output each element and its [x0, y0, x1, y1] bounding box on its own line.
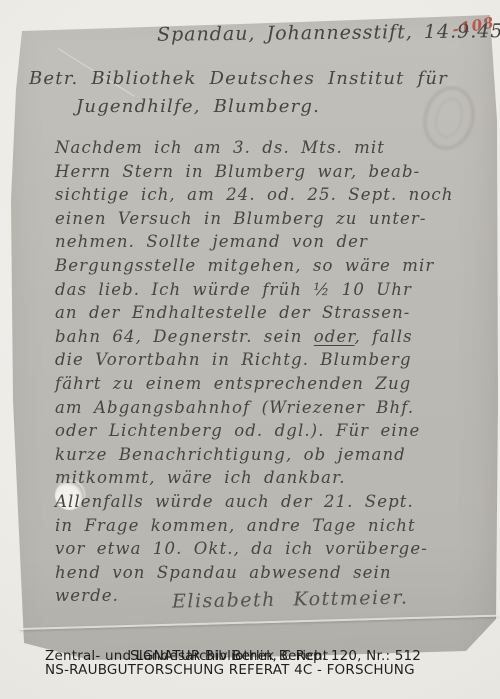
letter-body-line: bahn 64, Degnerstr. sein oder, falls [55, 325, 487, 349]
letter-subject-line2: Jugendhilfe, Blumberg. [76, 96, 456, 117]
letter-body-line: fährt zu einem entsprechenden Zug [55, 372, 487, 396]
underlined-word: oder [314, 327, 355, 346]
letter-body-line: Herrn Stern in Blumberg war, beab- [55, 160, 487, 184]
letter-body-line: mitkommt, wäre ich dankbar. [55, 466, 487, 490]
letter-dateline: Spandau, Johannesstift, 14.9.45 [157, 20, 492, 46]
letter-body-line: nehmen. Sollte jemand von der [55, 230, 487, 254]
department-line: NS-RAUBGUTFORSCHUNG REFERAT 4C - FORSCHU… [45, 662, 415, 678]
letter-body-line: das lieb. Ich würde früh ½ 10 Uhr [55, 278, 487, 302]
text-part: , falls [355, 327, 413, 346]
letter-body-line: am Abgangsbahnhof (Wriezener Bhf. [55, 396, 487, 420]
letter-body-line: an der Endhaltestelle der Strassen- [55, 301, 487, 325]
letter-body-line: sichtige ich, am 24. od. 25. Sept. noch [55, 183, 487, 207]
letter-body-line: Bergungsstelle mitgehen, so wäre mir [55, 254, 487, 278]
text-part: bahn 64, Degnerstr. sein [55, 327, 314, 346]
letter-body-line: hend von Spandau abwesend sein [55, 561, 487, 585]
letter-subject-line1: Betr. Bibliothek Deutsches Institut für [29, 68, 469, 89]
letter-body-line: oder Lichtenberg od. dgl.). Für eine [55, 419, 487, 443]
letter-body-line: vor etwa 10. Okt., da ich vorüberge- [55, 537, 487, 561]
letter-body-line: Allenfalls würde auch der 21. Sept. [55, 490, 487, 514]
letter-body-line: Nachdem ich am 3. ds. Mts. mit [55, 136, 487, 160]
letter-body-line: einen Versuch in Blumberg zu unter- [55, 207, 487, 231]
letter-body-line: kurze Benachrichtigung, ob jemand [55, 443, 487, 467]
letter-body-line: in Frage kommen, andre Tage nicht [55, 514, 487, 538]
letter-body-line: die Vorortbahn in Richtg. Blumberg [55, 348, 487, 372]
letter-body: Nachdem ich am 3. ds. Mts. mitHerrn Ster… [55, 136, 487, 608]
